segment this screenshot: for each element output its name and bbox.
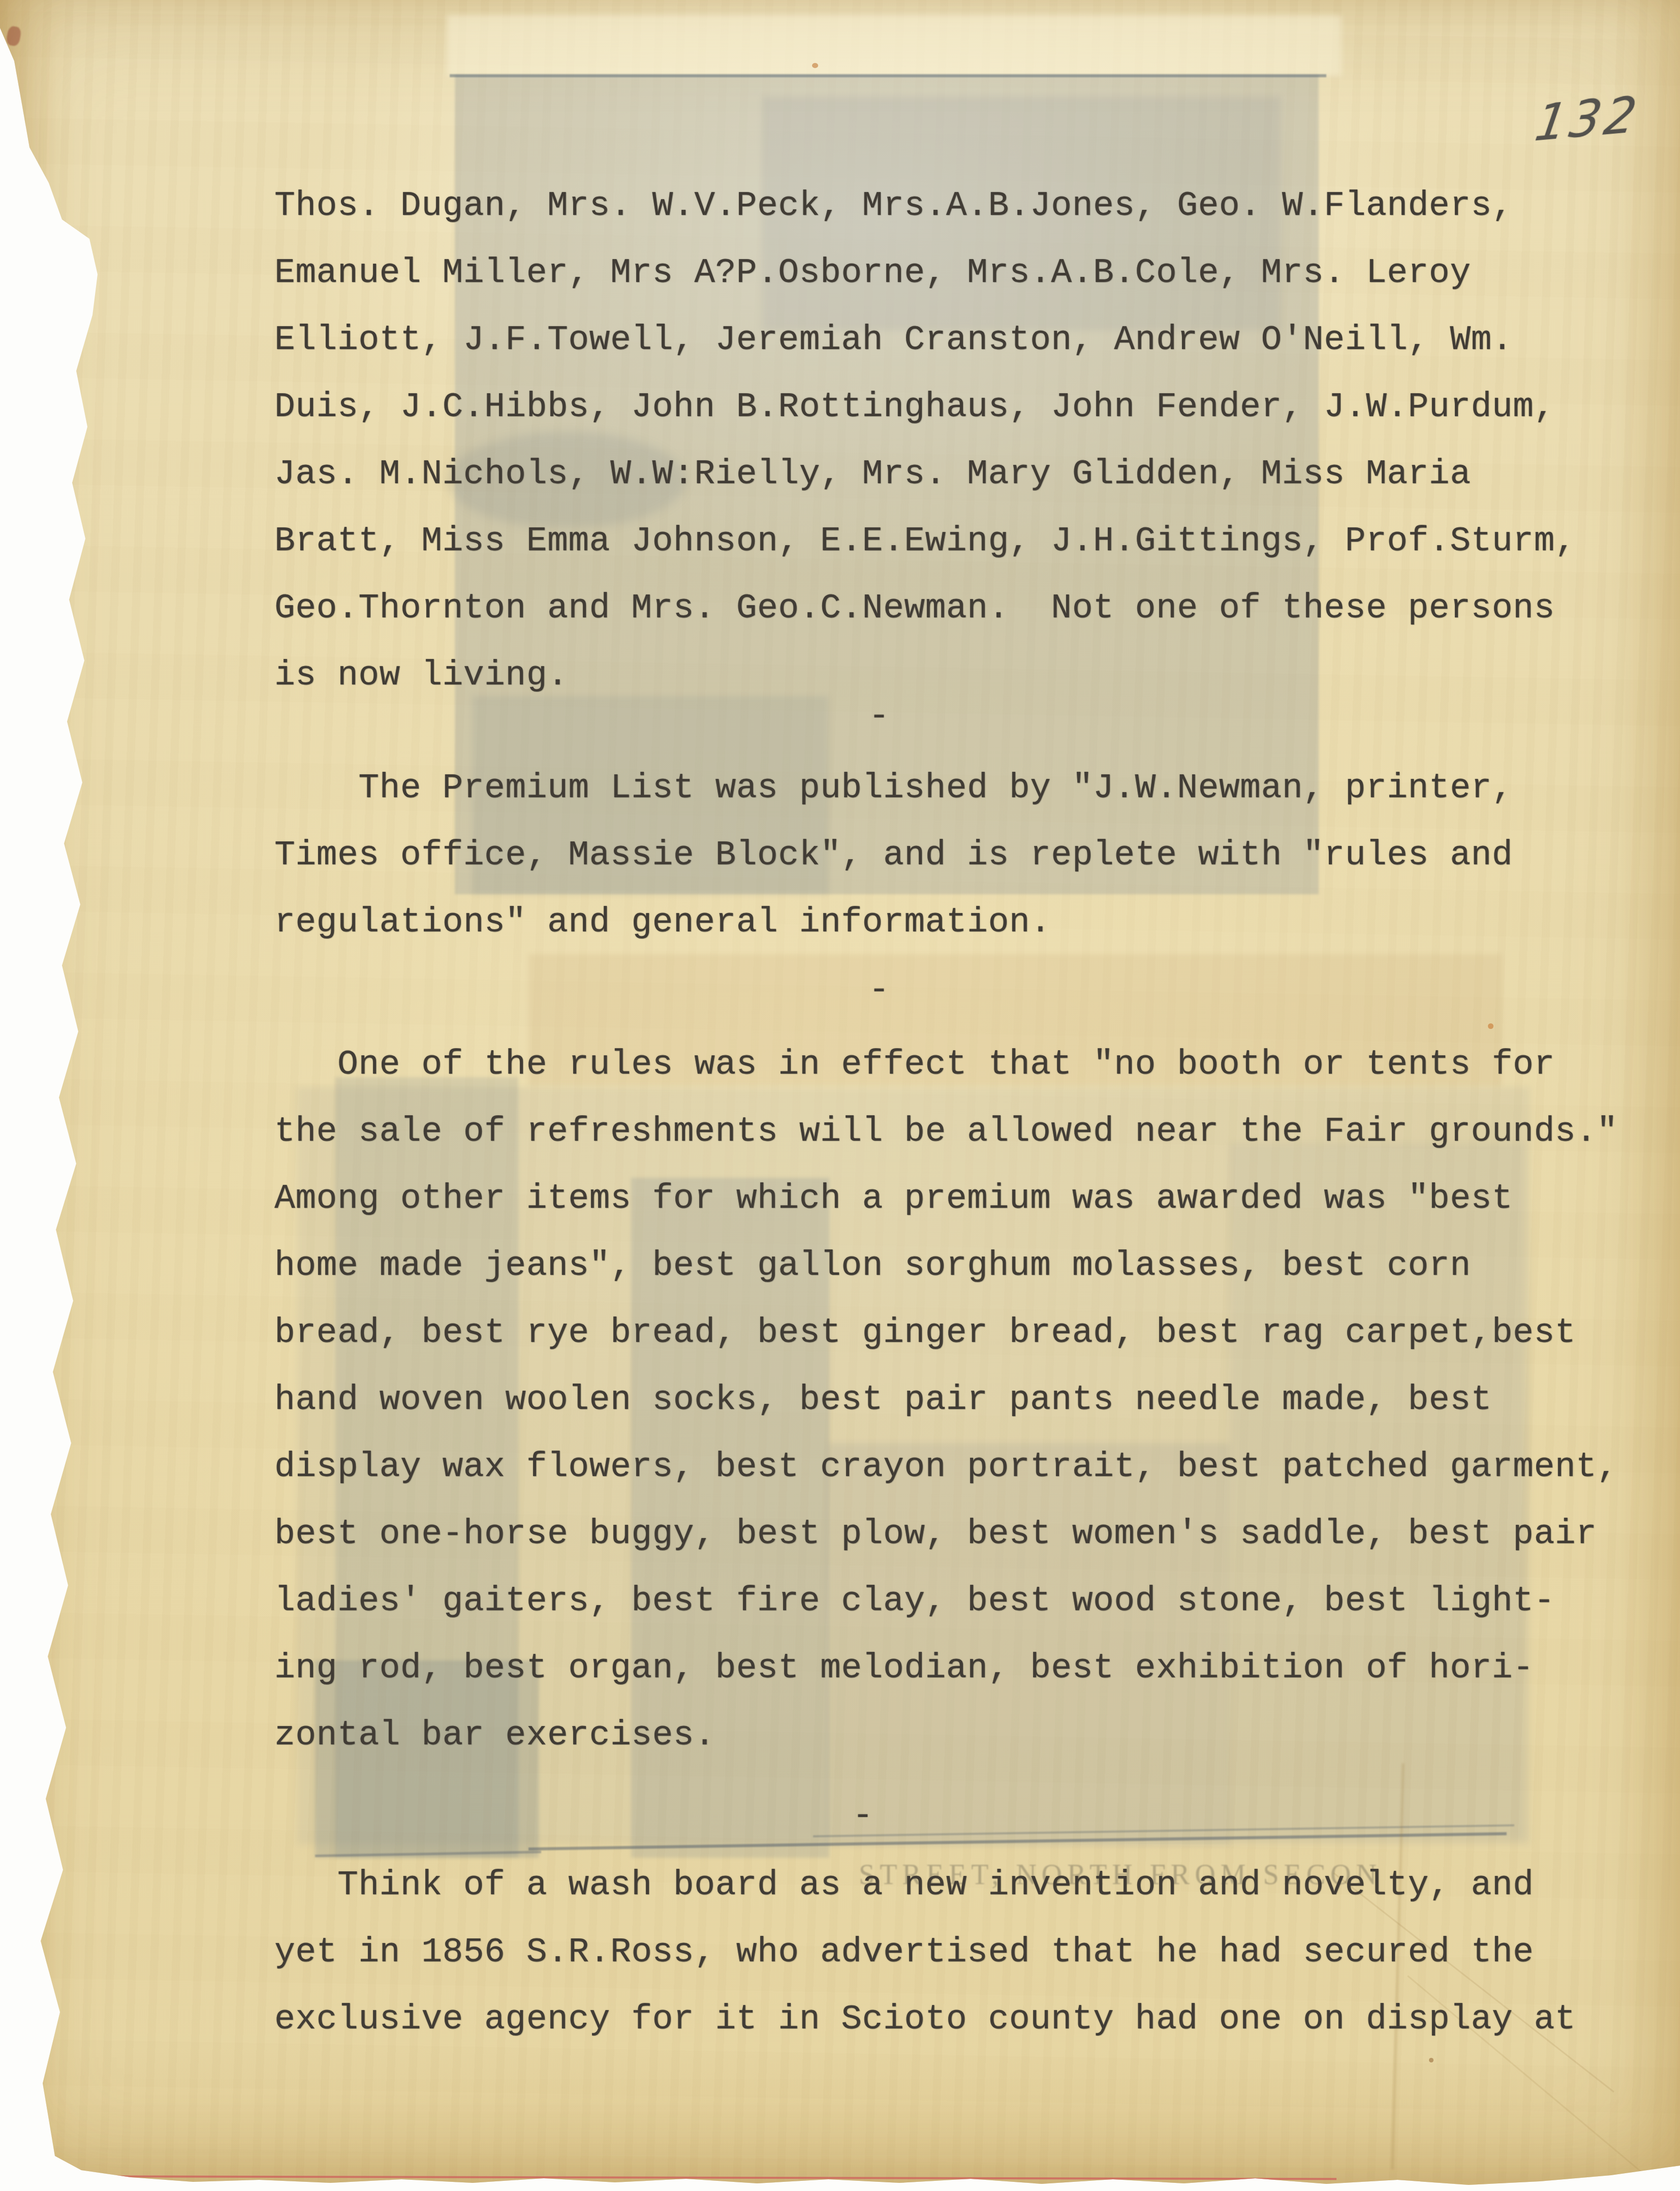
- paragraph-premium-list: The Premium List was published by "J.W.N…: [274, 755, 1513, 956]
- paragraph-separator-dash: -: [859, 683, 899, 750]
- paragraph-wash-board: Think of a wash board as a new invention…: [274, 1852, 1576, 2053]
- ghost-photo-margin: [447, 15, 1342, 76]
- torn-edge-mark: [6, 25, 22, 47]
- paragraph-fair-rules-and-premiums: One of the rules was in effect that "no …: [274, 1031, 1618, 1769]
- handwritten-page-number: 132: [1531, 85, 1644, 152]
- ghost-photo-top-edge-line: [450, 74, 1326, 77]
- scanned-page-canvas: STREET, NORTH FROM SECON 132 Thos. Dugan…: [0, 0, 1680, 2191]
- rust-speck: [812, 63, 818, 68]
- torn-edge-mark: [2, 52, 15, 83]
- ghost-photo-bottom-edge-line: [528, 1832, 1507, 1851]
- paragraph-deceased-persons-list: Thos. Dugan, Mrs. W.V.Peck, Mrs.A.B.Jone…: [274, 173, 1576, 709]
- paper-sheet: STREET, NORTH FROM SECON 132 Thos. Dugan…: [0, 0, 1680, 2191]
- rust-speck: [1488, 1023, 1494, 1029]
- paragraph-separator-dash: -: [843, 1783, 883, 1850]
- rust-speck: [1429, 2058, 1434, 2062]
- paragraph-separator-dash: -: [859, 957, 899, 1024]
- bottom-red-edge-line: [36, 2175, 1336, 2180]
- ghost-photo-bottom-edge-line: [813, 1824, 1514, 1837]
